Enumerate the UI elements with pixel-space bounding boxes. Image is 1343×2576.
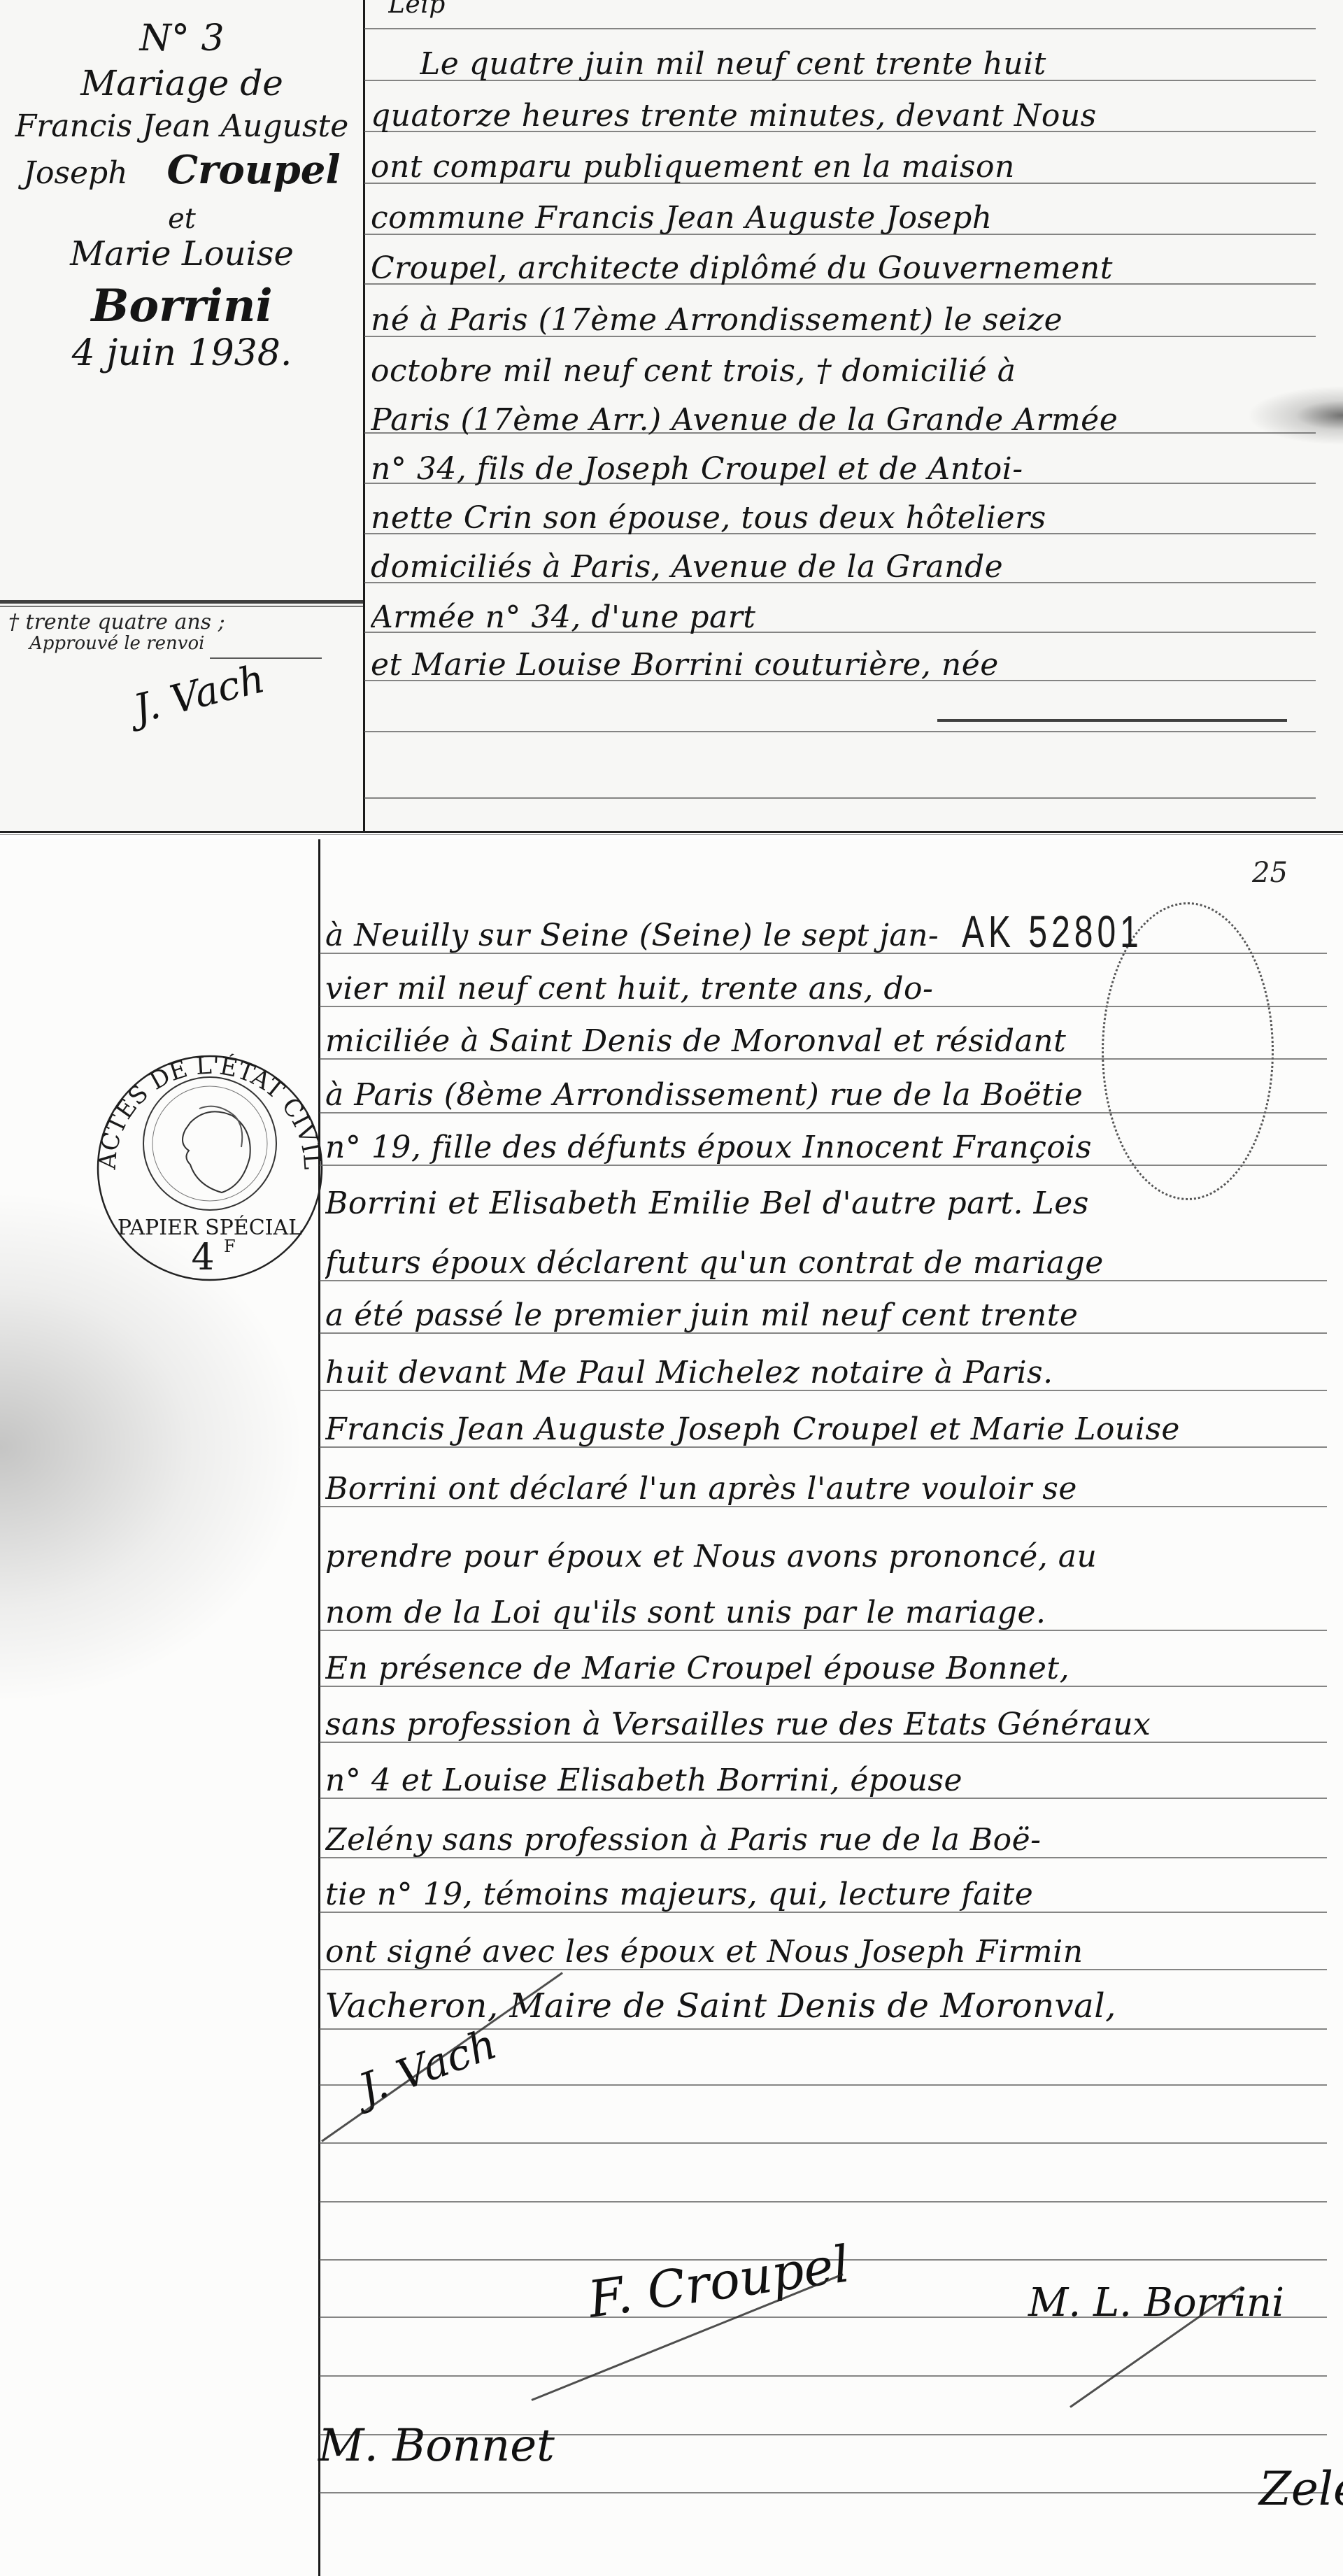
stamp-outer-text: ACTES DE L'ÉTAT CIVIL <box>93 1052 326 1172</box>
body-line: vier mil neuf cent huit, trente ans, do- <box>325 971 1326 1006</box>
end-of-part-stroke <box>937 719 1287 722</box>
body-line: n° 19, fille des défunts époux Innocent … <box>325 1130 1326 1165</box>
rule <box>364 797 1316 799</box>
body-line: Vacheron, Maire de Saint Denis de Moronv… <box>325 1986 1326 2026</box>
body-line: Le quatre juin mil neuf cent trente huit <box>420 46 1343 82</box>
body-line: Borrini ont déclaré l'un après l'autre v… <box>325 1471 1326 1507</box>
stamp-value-unit: F <box>224 1237 236 1256</box>
note-underline <box>210 657 322 659</box>
body-line: En présence de Marie Croupel épouse Bonn… <box>325 1651 1326 1686</box>
margin-title: Mariage de <box>0 63 364 104</box>
body-line: n° 4 et Louise Elisabeth Borrini, épouse <box>325 1763 1326 1798</box>
body-line: futurs époux déclarent qu'un contrat de … <box>325 1245 1326 1281</box>
groom-given-names: Francis Jean Auguste <box>0 108 364 144</box>
body-line: à Paris (8ème Arrondissement) rue de la … <box>325 1077 1326 1113</box>
body-line: Zelény sans profession à Paris rue de la… <box>325 1822 1326 1858</box>
body-line: Paris (17ème Arr.) Avenue de la Grande A… <box>371 402 1343 438</box>
margin-note-line2: Approuvé le renvoi <box>29 633 204 654</box>
rule <box>320 2084 1327 2086</box>
rule <box>364 731 1316 732</box>
signature-groom: F. Croupel <box>585 2234 853 2328</box>
rule <box>320 2142 1327 2144</box>
top-register-page: N° 3 Mariage de Francis Jean Auguste Jos… <box>0 0 1343 831</box>
signature-bride: M. L. Borrini <box>1028 2280 1284 2326</box>
body-line: nom de la Loi qu'ils sont unis par le ma… <box>325 1595 1326 1630</box>
body-line: domiciliés à Paris, Avenue de la Grande <box>371 549 1343 585</box>
body-line: tie n° 19, témoins majeurs, qui, lecture… <box>325 1877 1326 1912</box>
civil-registry-stamp-icon: ACTES DE L'ÉTAT CIVIL PAPIER SPÉCIAL 4 F <box>87 1046 332 1290</box>
body-line: à Neuilly sur Seine (Seine) le sept jan- <box>325 918 1095 953</box>
body-line: Borrini et Elisabeth Emilie Bel d'autre … <box>325 1186 1326 1221</box>
body-line: Francis Jean Auguste Joseph Croupel et M… <box>325 1411 1326 1447</box>
margin-rule-thin <box>0 606 363 607</box>
body-line: huit devant Me Paul Michelez notaire à P… <box>325 1355 1326 1390</box>
page-separator <box>0 831 1343 833</box>
body-line: nette Crin son épouse, tous deux hôtelie… <box>371 500 1343 536</box>
body-line: a été passé le premier juin mil neuf cen… <box>325 1297 1326 1333</box>
body-line: et Marie Louise Borrini couturière, née <box>371 647 1343 683</box>
rule <box>320 2492 1327 2493</box>
body-line: prendre pour époux et Nous avons prononc… <box>325 1539 1326 1574</box>
bride-given-names: Marie Louise <box>0 234 364 273</box>
signature-witness-bonnet: M. Bonnet <box>318 2420 555 2472</box>
body-line: né à Paris (17ème Arrondissement) le sei… <box>371 302 1343 338</box>
body-line: quatorze heures trente minutes, devant N… <box>371 98 1343 134</box>
body-line: Armée n° 34, d'une part <box>371 599 1343 635</box>
body-line: sans profession à Versailles rue des Eta… <box>325 1707 1326 1742</box>
rule <box>364 28 1316 29</box>
signature-witness-zeleny: Zelény <box>1259 2462 1343 2516</box>
body-line: miciliée à Saint Denis de Moronval et ré… <box>325 1023 1326 1059</box>
margin-note-line1: † trente quatre ans ; <box>8 610 225 634</box>
body-line: Croupel, architecte diplômé du Gouvernem… <box>371 250 1343 286</box>
record-number: N° 3 <box>0 17 364 59</box>
margin-note-signature: J. Vach <box>129 656 269 732</box>
groom-given-2: Joseph <box>23 155 127 191</box>
bottom-register-page: 25 AK 52801 ACTES DE L'ÉTAT CIVIL PAPIER… <box>0 839 1343 2576</box>
stamp-value: 4 <box>191 1237 214 1279</box>
body-line: ont comparu publiquement en la maison <box>371 149 1343 185</box>
body-line: octobre mil neuf cent trois, † domicilié… <box>371 353 1343 389</box>
marriage-date: 4 juin 1938. <box>0 332 364 374</box>
groom-given-names-2: Joseph Croupel <box>0 147 364 193</box>
margin-rule <box>0 600 363 604</box>
page-separator-thin <box>0 834 1343 835</box>
rule <box>320 2375 1327 2377</box>
body-line: commune Francis Jean Auguste Joseph <box>371 200 1343 236</box>
rule <box>320 2201 1327 2203</box>
margin-conj: et <box>0 203 364 235</box>
bride-surname: Borrini <box>0 280 364 332</box>
body-line: n° 34, fils de Joseph Croupel et de Anto… <box>371 451 1343 487</box>
groom-surname: Croupel <box>166 147 340 193</box>
body-line: ont signé avec les époux et Nous Joseph … <box>325 1934 1326 1970</box>
svg-text:ACTES DE L'ÉTAT CIVIL: ACTES DE L'ÉTAT CIVIL <box>93 1052 326 1172</box>
folio-number: 25 <box>1252 857 1288 889</box>
header-fragment: Leip <box>388 0 446 19</box>
